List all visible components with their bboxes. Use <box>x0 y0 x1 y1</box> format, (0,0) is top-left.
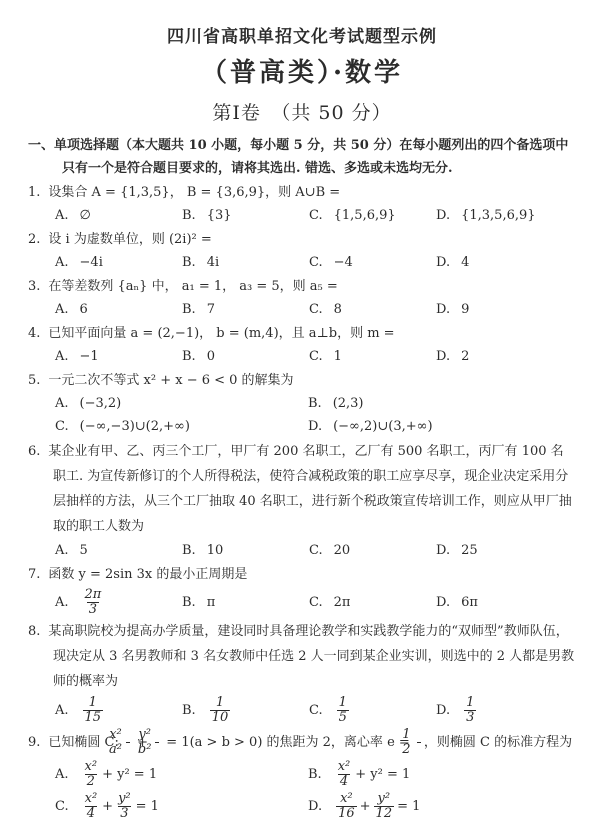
option-label: C. <box>309 699 323 722</box>
option-label: B. <box>182 591 196 614</box>
option-label: B. <box>182 699 196 722</box>
question-4: 4.已知平面向量 a = (2,−1)， b = (m,4)，且 a⊥b，则 m… <box>28 322 576 368</box>
options-row: A.2π3 B.π C.2π D.6π <box>55 586 576 618</box>
option-a: A.x²2 + y² = 1 <box>55 759 308 790</box>
option-a: A.115 <box>55 695 182 726</box>
fraction-numerator: x² <box>336 760 353 774</box>
question-stem: 1.设集合 A = {1,3,5}， B = {3,6,9}，则 A∪B = <box>28 181 576 204</box>
question-text: 设集合 A = {1,3,5}， B = {3,6,9}，则 A∪B = <box>48 185 340 200</box>
option-value: −4i <box>80 251 103 274</box>
question-number: 1. <box>28 185 40 200</box>
question-1: 1.设集合 A = {1,3,5}， B = {3,6,9}，则 A∪B = A… <box>28 181 576 227</box>
option-label: D. <box>436 699 450 722</box>
option-a: A.−1 <box>55 345 182 368</box>
option-label: D. <box>308 795 322 818</box>
option-value: 0 <box>207 345 215 368</box>
fraction-denominator: 2 <box>85 774 97 789</box>
fraction-numerator: 1 <box>87 696 99 710</box>
question-number: 6. <box>28 444 40 459</box>
question-text: 一元二次不等式 x² + x − 6 < 0 的解集为 <box>48 373 293 388</box>
question-number: 2. <box>28 232 40 247</box>
option-label: D. <box>436 539 450 562</box>
option-value: {1,3,5,6,9} <box>461 204 535 227</box>
option-value: 6π <box>461 591 478 614</box>
fraction: y²3 <box>116 792 133 821</box>
question-6: 6.某企业有甲、乙、丙三个工厂，甲厂有 200 名职工，乙厂有 500 名职工，… <box>28 439 576 562</box>
fraction-denominator: b² <box>155 742 159 757</box>
option-label: A. <box>55 699 69 722</box>
option-b: B.10 <box>182 539 309 562</box>
fraction-denominator: 3 <box>87 602 99 617</box>
option-label: D. <box>308 415 322 438</box>
option-value: ∅ <box>80 204 91 227</box>
option-label: D. <box>436 298 450 321</box>
option-a: A.−4i <box>55 251 182 274</box>
option-d: D.4 <box>436 251 469 274</box>
question-number: 3. <box>28 279 40 294</box>
fraction: 2π3 <box>83 588 104 617</box>
option-label: A. <box>55 763 69 786</box>
option-a: A.∅ <box>55 204 182 227</box>
option-b: B.110 <box>182 695 309 726</box>
fraction-denominator: 4 <box>338 774 350 789</box>
option-label: B. <box>182 539 196 562</box>
question-number: 4. <box>28 326 40 341</box>
option-value: = 1 <box>136 795 159 818</box>
option-value: (−3,2) <box>80 392 122 415</box>
option-a: A.(−3,2) <box>55 392 308 415</box>
options-row: A.−4i B.4i C.−4 D.4 <box>55 251 576 274</box>
option-value: = 1 <box>397 795 420 818</box>
fraction-denominator: 16 <box>336 806 357 821</box>
fraction: y²b² <box>155 728 159 757</box>
page-title: 四川省高职单招文化考试题型示例 <box>28 22 576 47</box>
option-value: 6 <box>80 298 88 321</box>
fraction-numerator: 1 <box>417 728 421 742</box>
option-b: B.4i <box>182 251 309 274</box>
fraction: x²2 <box>83 760 100 789</box>
option-value: (−∞,2)∪(3,+∞) <box>333 415 432 438</box>
option-label: B. <box>308 763 322 786</box>
fraction: x²a² <box>126 728 130 757</box>
options-row: A.6 B.7 C.8 D.9 <box>55 298 576 321</box>
option-label: C. <box>309 298 323 321</box>
option-value: 2 <box>461 345 469 368</box>
option-label: A. <box>55 539 69 562</box>
option-value: 5 <box>80 539 88 562</box>
option-value: −4 <box>334 251 353 274</box>
option-value: 20 <box>334 539 351 562</box>
fraction: 115 <box>83 696 104 725</box>
question-number: 7. <box>28 567 40 582</box>
option-d: D.25 <box>436 539 478 562</box>
option-d: D.(−∞,2)∪(3,+∞) <box>308 415 433 438</box>
fraction-numerator: y² <box>376 792 393 806</box>
option-value: + <box>360 795 371 818</box>
option-d: D.x²16 + y²12 = 1 <box>308 791 420 822</box>
fraction-numerator: y² <box>116 792 133 806</box>
option-value: 10 <box>207 539 224 562</box>
option-label: B. <box>182 345 196 368</box>
option-value: {1,5,6,9} <box>334 204 396 227</box>
fraction-denominator: 10 <box>210 710 231 725</box>
option-d: D.2 <box>436 345 469 368</box>
question-text: 某高职院校为提高办学质量，建设同时具备理论教学和实践教学能力的“双师型”教师队伍… <box>48 624 574 689</box>
fraction: 12 <box>417 728 421 757</box>
fraction-denominator: 3 <box>118 806 130 821</box>
question-stem: 4.已知平面向量 a = (2,−1)， b = (m,4)，且 a⊥b，则 m… <box>28 322 576 345</box>
page-subtitle: （普高类）·数学 <box>28 52 576 89</box>
option-c: C.2π <box>309 591 436 614</box>
option-d: D.6π <box>436 591 478 614</box>
options-row: C.(−∞,−3)∪(2,+∞) D.(−∞,2)∪(3,+∞) <box>55 415 576 438</box>
option-b: B.{3} <box>182 204 309 227</box>
option-label: A. <box>55 204 69 227</box>
question-2: 2.设 i 为虚数单位，则 (2i)² = A.−4i B.4i C.−4 D.… <box>28 228 576 274</box>
option-value: + y² = 1 <box>102 763 157 786</box>
option-b: B.0 <box>182 345 309 368</box>
option-value: 4i <box>207 251 219 274</box>
option-label: A. <box>55 251 69 274</box>
question-text: 已知平面向量 a = (2,−1)， b = (m,4)，且 a⊥b，则 m = <box>48 326 394 341</box>
option-b: B.7 <box>182 298 309 321</box>
option-label: C. <box>309 591 323 614</box>
question-stem: 5.一元二次不等式 x² + x − 6 < 0 的解集为 <box>28 369 576 392</box>
fraction-numerator: x² <box>83 760 100 774</box>
option-label: B. <box>182 204 196 227</box>
question-stem: 3.在等差数列 {aₙ} 中， a₁ = 1， a₃ = 5，则 a₅ = <box>28 275 576 298</box>
fraction: x²4 <box>83 792 100 821</box>
option-label: D. <box>436 345 450 368</box>
option-c: C.x²4 + y²3 = 1 <box>55 791 308 822</box>
option-d: D.{1,3,5,6,9} <box>436 204 536 227</box>
option-label: A. <box>55 298 69 321</box>
option-value: π <box>207 591 216 614</box>
fraction: 15 <box>337 696 349 725</box>
fraction: y²12 <box>374 792 395 821</box>
question-text: 在等差数列 {aₙ} 中， a₁ = 1， a₃ = 5，则 a₅ = <box>48 279 337 294</box>
option-c: C.8 <box>309 298 436 321</box>
fraction-denominator: 12 <box>374 806 395 821</box>
fraction: 13 <box>464 696 476 725</box>
question-number: 8. <box>28 624 40 639</box>
options-row: A.(−3,2) B.(2,3) <box>55 392 576 415</box>
option-value: + <box>102 795 113 818</box>
fraction-denominator: 2 <box>417 742 421 757</box>
option-label: A. <box>55 345 69 368</box>
fraction-denominator: 15 <box>83 710 104 725</box>
part-heading: 第I卷 （共 50 分） <box>28 98 576 125</box>
question-stem: 9.已知椭圆 C: x²a² + y²b² = 1(a > b > 0) 的焦距… <box>28 727 576 758</box>
option-label: B. <box>182 251 196 274</box>
question-text-part: = 1(a > b > 0) 的焦距为 2，离心率 e = <box>162 735 414 750</box>
option-value: (2,3) <box>333 392 364 415</box>
option-label: B. <box>308 392 322 415</box>
option-a: A.5 <box>55 539 182 562</box>
fraction: x²4 <box>336 760 353 789</box>
option-a: A.2π3 <box>55 587 182 618</box>
option-c: C.15 <box>309 695 436 726</box>
option-label: C. <box>55 415 69 438</box>
option-label: A. <box>55 591 69 614</box>
fraction-numerator: x² <box>126 728 130 742</box>
question-number: 9. <box>28 735 40 750</box>
fraction: x²16 <box>336 792 357 821</box>
question-text: 设 i 为虚数单位，则 (2i)² = <box>48 232 211 247</box>
option-label: C. <box>309 251 323 274</box>
option-value: (−∞,−3)∪(2,+∞) <box>80 415 190 438</box>
option-b: B.(2,3) <box>308 392 364 415</box>
section-instructions: 一、单项选择题（本大题共 10 小题，每小题 5 分，共 50 分）在每小题列出… <box>28 134 576 180</box>
fraction-numerator: x² <box>338 792 355 806</box>
option-value: 9 <box>461 298 469 321</box>
option-b: B.x²4 + y² = 1 <box>308 759 410 790</box>
option-label: D. <box>436 591 450 614</box>
options-row: A.∅ B.{3} C.{1,5,6,9} D.{1,3,5,6,9} <box>55 204 576 227</box>
fraction-numerator: 1 <box>464 696 476 710</box>
fraction-denominator: 4 <box>85 806 97 821</box>
option-c: C.−4 <box>309 251 436 274</box>
question-9: 9.已知椭圆 C: x²a² + y²b² = 1(a > b > 0) 的焦距… <box>28 727 576 822</box>
option-c: C.{1,5,6,9} <box>309 204 436 227</box>
fraction-numerator: y² <box>155 728 159 742</box>
question-stem: 8.某高职院校为提高办学质量，建设同时具备理论教学和实践教学能力的“双师型”教师… <box>28 619 576 694</box>
exam-page: 四川省高职单招文化考试题型示例 （普高类）·数学 第I卷 （共 50 分） 一、… <box>0 0 600 822</box>
option-value: 1 <box>334 345 342 368</box>
question-7: 7.函数 y = 2sin 3x 的最小正周期是 A.2π3 B.π C.2π … <box>28 563 576 618</box>
fraction: 110 <box>210 696 231 725</box>
question-number: 5. <box>28 373 40 388</box>
question-3: 3.在等差数列 {aₙ} 中， a₁ = 1， a₃ = 5，则 a₅ = A.… <box>28 275 576 321</box>
option-value: 8 <box>334 298 342 321</box>
option-value: −1 <box>80 345 99 368</box>
options-row: A.x²2 + y² = 1 B.x²4 + y² = 1 <box>55 758 576 790</box>
options-row: C.x²4 + y²3 = 1 D.x²16 + y²12 = 1 <box>55 790 576 822</box>
option-label: C. <box>309 539 323 562</box>
fraction-numerator: x² <box>83 792 100 806</box>
options-row: A.−1 B.0 C.1 D.2 <box>55 345 576 368</box>
fraction-numerator: 2π <box>83 588 104 602</box>
option-label: D. <box>436 204 450 227</box>
options-row: A.115 B.110 C.15 D.13 <box>55 694 576 726</box>
option-value: 7 <box>207 298 215 321</box>
option-label: C. <box>309 204 323 227</box>
question-5: 5.一元二次不等式 x² + x − 6 < 0 的解集为 A.(−3,2) B… <box>28 369 576 438</box>
fraction-numerator: 1 <box>214 696 226 710</box>
option-c: C.(−∞,−3)∪(2,+∞) <box>55 415 308 438</box>
options-row: A.5 B.10 C.20 D.25 <box>55 539 576 562</box>
option-value: 25 <box>461 539 478 562</box>
fraction-denominator: a² <box>126 742 130 757</box>
question-8: 8.某高职院校为提高办学质量，建设同时具备理论教学和实践教学能力的“双师型”教师… <box>28 619 576 726</box>
option-value: {3} <box>207 204 232 227</box>
fraction-denominator: 3 <box>464 710 476 725</box>
option-b: B.π <box>182 591 309 614</box>
fraction-numerator: 1 <box>337 696 349 710</box>
option-value: + y² = 1 <box>355 763 410 786</box>
option-label: A. <box>55 392 69 415</box>
option-label: D. <box>436 251 450 274</box>
option-a: A.6 <box>55 298 182 321</box>
option-c: C.1 <box>309 345 436 368</box>
question-text: 某企业有甲、乙、丙三个工厂，甲厂有 200 名职工，乙厂有 500 名职工，丙厂… <box>48 444 571 534</box>
option-d: D.9 <box>436 298 469 321</box>
option-label: B. <box>182 298 196 321</box>
option-value: 4 <box>461 251 469 274</box>
option-c: C.20 <box>309 539 436 562</box>
option-value: 2π <box>334 591 351 614</box>
option-d: D.13 <box>436 695 479 726</box>
question-text: 函数 y = 2sin 3x 的最小正周期是 <box>48 567 247 582</box>
question-stem: 6.某企业有甲、乙、丙三个工厂，甲厂有 200 名职工，乙厂有 500 名职工，… <box>28 439 576 539</box>
fraction-denominator: 5 <box>337 710 349 725</box>
option-label: C. <box>309 345 323 368</box>
question-text-part: ，则椭圆 C 的标准方程为 <box>424 735 572 750</box>
question-stem: 7.函数 y = 2sin 3x 的最小正周期是 <box>28 563 576 586</box>
option-label: C. <box>55 795 69 818</box>
question-stem: 2.设 i 为虚数单位，则 (2i)² = <box>28 228 576 251</box>
